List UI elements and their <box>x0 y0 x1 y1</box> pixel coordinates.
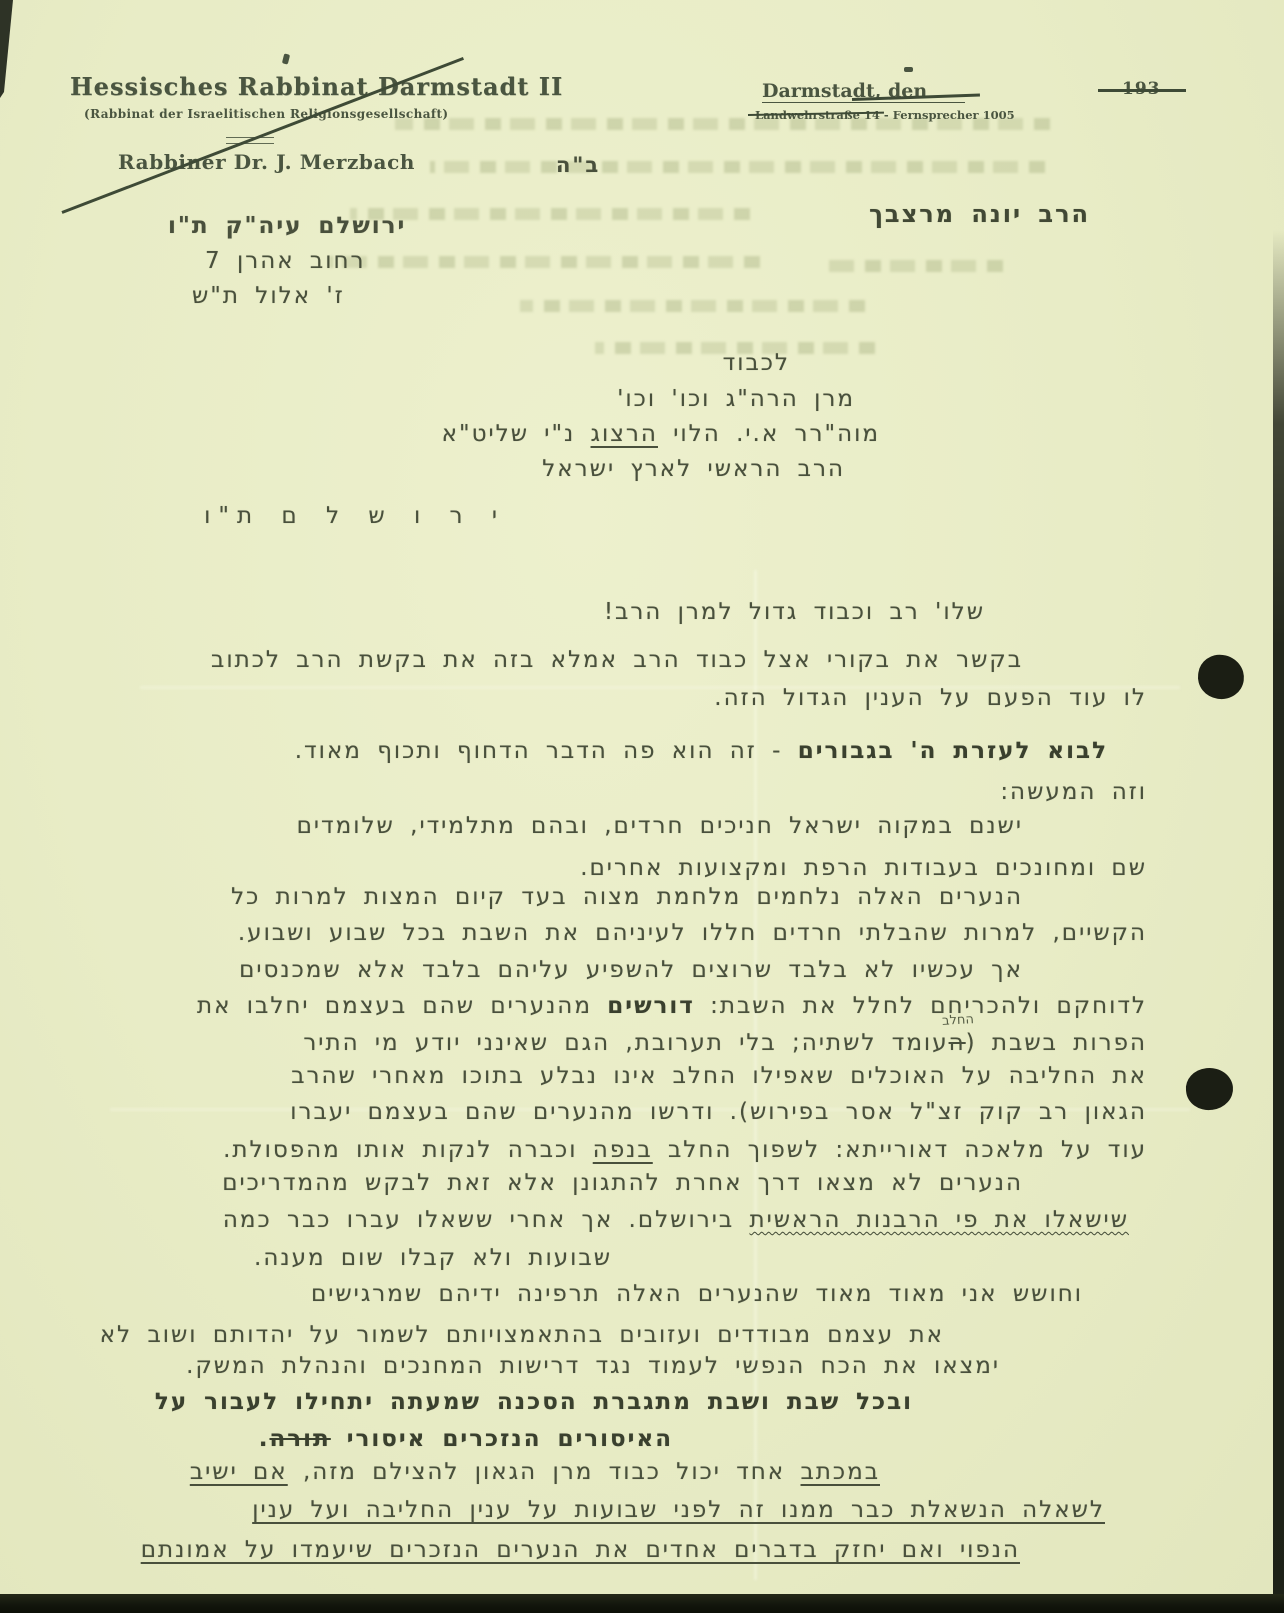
bleed-through-line <box>520 300 865 312</box>
greeting-line: שלו' רב וכבוד גדול למרן הרב! <box>604 599 985 625</box>
punch-hole <box>1184 1066 1235 1113</box>
bleed-through-line <box>823 260 1003 272</box>
body-line-p9l1: במכתב אחד יכול כבוד מרן הגאון להצילם מזה… <box>190 1459 880 1485</box>
body-line-p5l3: הפרות בשבת (ההחלבעומד לשתיה; בלי תערובת,… <box>303 1030 1147 1056</box>
bsd-mark: ב"ה <box>556 153 600 177</box>
body-line-p1l2: לו עוד הפעם על הענין הגדול הזה. <box>714 685 1147 711</box>
punch-hole <box>1195 652 1247 702</box>
addressee-title-line: מרן הרה"ג וכו' וכו' <box>617 386 855 412</box>
scan-edge-bottom <box>0 1594 1284 1613</box>
year-strike <box>1098 89 1186 92</box>
body-line-p8l1: ובכל שבת ושבת מתגברת הסכנה שמעתה יתחילו … <box>155 1389 913 1415</box>
body-line-p5l5: הגאון רב קוק זצ"ל אסר בפירוש). ודרשו מהנ… <box>290 1099 1147 1125</box>
body-line-p2l1: לבוא לעזרת ה' בגבורים - זה הוא פה הדבר ה… <box>295 738 1108 764</box>
body-line-p6l3: שבועות ולא קבלו שום מענה. <box>254 1245 612 1271</box>
ink-speck <box>904 67 913 72</box>
body-line-p7l1: וחושש אני מאוד מאוד שהנערים האלה תרפינה … <box>311 1281 1083 1307</box>
letterhead-subtitle: (Rabbinat der Israelitischen Religionsge… <box>84 107 448 121</box>
corner-mark <box>0 0 20 98</box>
body-line-p1l1: בקשר את בקורי אצל כבוד הרב אמלא בזה את ב… <box>211 647 1023 673</box>
body-line-p6l1: הנערים לא מצאו דרך אחרת להתגונן אלא זאת … <box>222 1170 1023 1196</box>
body-line-p8l2: האיסורים הנזכרים איסורי תורה. <box>259 1426 673 1452</box>
addressee-city: י ר ו ש ל ם ת"ו <box>204 503 505 529</box>
sender-city: ירושלם עיה"ק ת"ו <box>168 213 406 239</box>
body-line-p6l2: שישאלו את פי הרבנות הראשית בירושלם. אך א… <box>223 1207 1129 1233</box>
body-line-p10l1: לשאלה הנשאלת כבר ממנו זה לפני שבועות על … <box>252 1497 1105 1523</box>
body-line-p4l1: הנערים האלה נלחמים מלחמת מצוה בעד קיום ה… <box>231 884 1023 910</box>
bleed-through-line <box>350 208 750 220</box>
body-line-p5l1: אך עכשיו לא בלבד שרוצים להשפיע עליהם בלב… <box>239 957 1023 983</box>
sender-street: רחוב אהרן 7 <box>205 248 366 274</box>
letter-scan-page: Hessisches Rabbinat Darmstadt II (Rabbin… <box>0 0 1284 1613</box>
body-line-p3l1: ישנם במקוה ישראל חניכים חרדים, ובהם מתלמ… <box>297 813 1023 839</box>
body-line-p5l6: עוד על מלאכה דאורייתא: לשפוך החלב בנפה ו… <box>223 1137 1147 1163</box>
rabbi-name-line: Rabbiner Dr. J. Merzbach <box>118 150 415 174</box>
body-line-p7l2: את עצמם מבודדים ועזובים בהתאמצויותם לשמו… <box>100 1322 944 1348</box>
body-line-p10l2: הנפוי ואם יחזק בדברים אחדים את הנערים הנ… <box>141 1537 1020 1563</box>
body-line-p4l2: הקשיים, למרות שהבלתי חרדים חללו לעיניהם … <box>238 920 1147 946</box>
bleed-through-line <box>330 256 760 268</box>
body-line-p2l2: וזה המעשה: <box>1000 779 1147 805</box>
bleed-through-line <box>430 161 1045 173</box>
addressee-surname: הרצוג <box>591 421 658 447</box>
addressee-name-line: מוה"רר א.י. הלוי הרצוג נ"י שליט"א <box>442 421 880 447</box>
chief-rabbi-line: הרב הראשי לארץ ישראל <box>542 456 845 482</box>
body-line-p3l2: שם ומחונכים בעבודות הרפת ומקצועות אחרים. <box>580 855 1147 881</box>
body-line-p5l4: את החליבה על האוכלים שאפילו החלב אינו נב… <box>291 1063 1147 1089</box>
letterhead-title: Hessisches Rabbinat Darmstadt II <box>70 72 563 101</box>
sender-date: ז' אלול ת"ש <box>192 283 345 309</box>
addressee-honorific: לכבוד <box>723 350 790 376</box>
scan-edge-right <box>1273 230 1284 1613</box>
body-line-p5l2: לדוחקם ולהכריחם לחלל את השבת: דורשים מהנ… <box>197 993 1147 1019</box>
body-line-p7l3: ימצאו את הכח הנפשי לעמוד נגד דרישות המחנ… <box>186 1353 1000 1379</box>
handwritten-correction: החלב <box>941 1012 974 1029</box>
sender-name: הרב יונה מרצבך <box>869 200 1090 228</box>
ink-speck <box>282 53 290 64</box>
